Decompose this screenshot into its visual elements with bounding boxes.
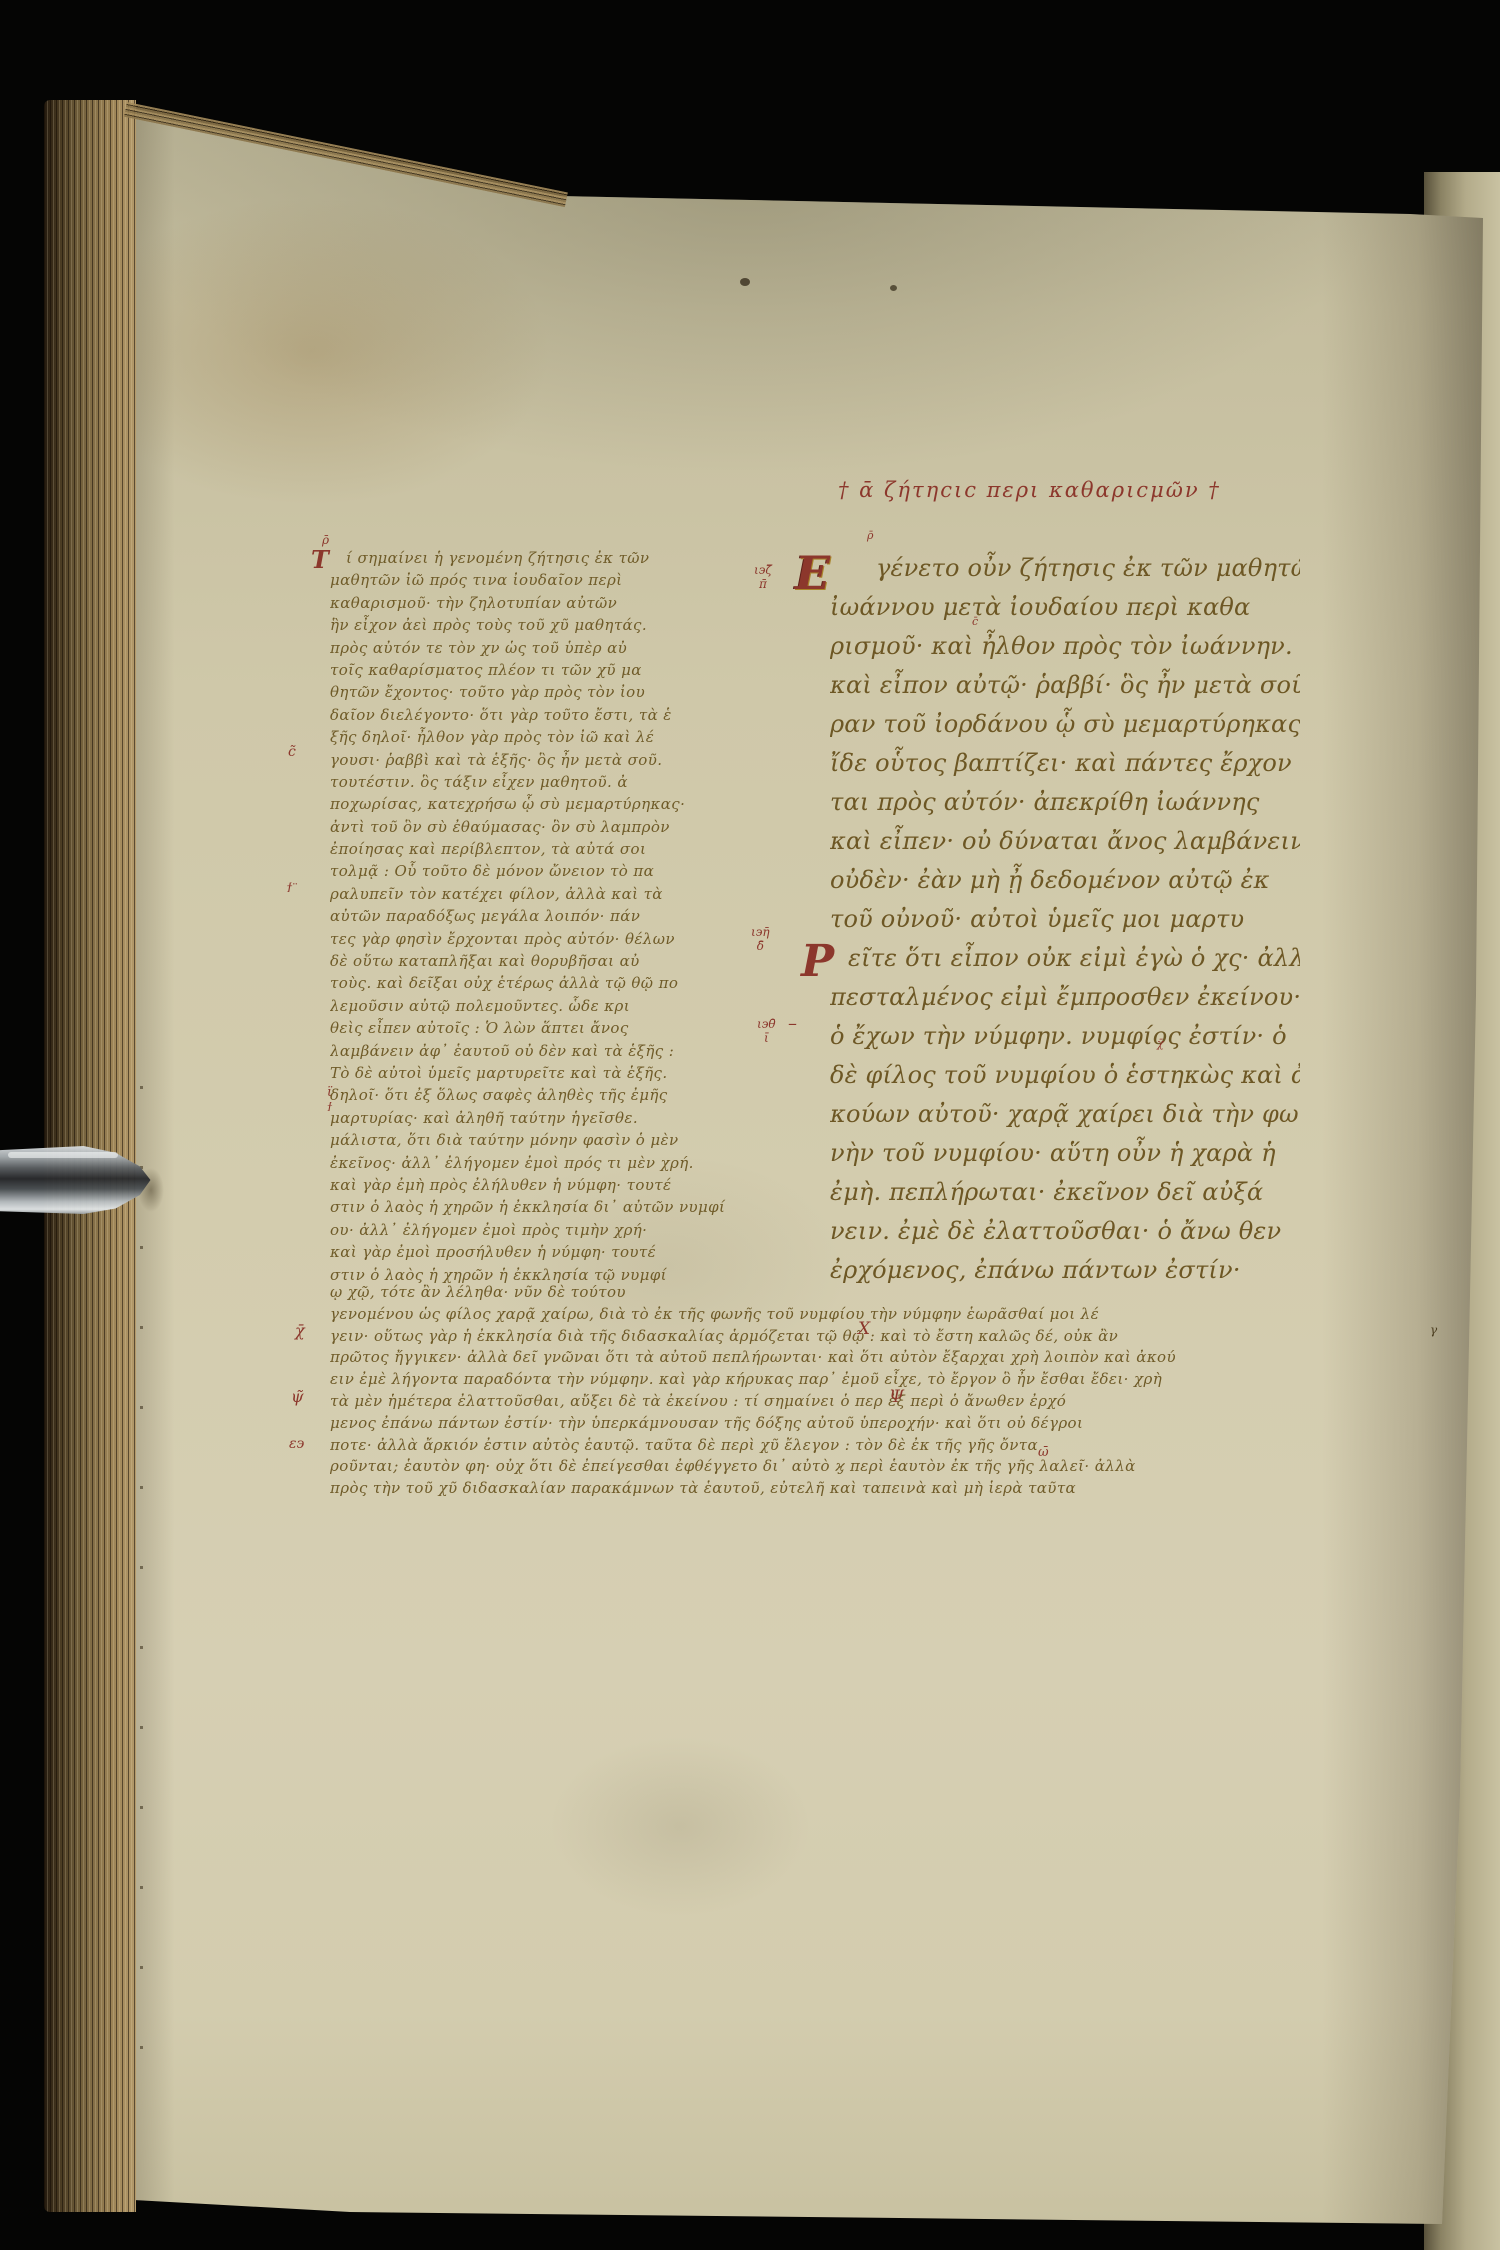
rubric-margin-mark: ϯ̈ [287, 880, 292, 896]
rubric-margin-mark: ι϶η̄ δ̄ [751, 926, 770, 954]
rubric-margin-mark: – [788, 1014, 797, 1035]
rubric-margin-mark: ε϶ [289, 1436, 304, 1452]
rubric-margin-mark: ρ̄ [867, 530, 873, 543]
rubric-margin-mark: ι϶ζ̄ π̄ [754, 564, 772, 592]
rubric-margin-mark: χ̄ [295, 1322, 305, 1340]
rubric-margin-mark: ϲ̄ [972, 616, 978, 629]
rubric-margin-mark: γ [1430, 1324, 1437, 1338]
rubric-margin-mark: ω̄ [1038, 1446, 1049, 1461]
rubric-margin-mark: ϊ ϯ [327, 1086, 332, 1116]
rubric-margin-mark: ρ̄ [322, 534, 329, 548]
rubric-margin-mark: ϲ̃ [288, 744, 296, 760]
rubric-margin-mark: ι϶θ̄ ῑ [757, 1018, 776, 1046]
rubric-marks-layer: ρ̄ϲ̃ϯ̈ϊ ϯχ̄ψ̃ε϶ι϶ζ̄ π̄ι϶η̄ δ̄ι϶θ̄ ῑ–ρ̄ϲ̄… [0, 0, 1500, 2250]
rubric-margin-mark: Ψ [889, 1388, 904, 1408]
studio-background: † ᾱ ζήτηϲιϲ περι καθαριϲμῶν † Τ Ε Ρ ί ση… [0, 0, 1500, 2250]
glass-highlight [8, 1152, 118, 1158]
rubric-margin-mark: χ̄ [1157, 1038, 1164, 1051]
rubric-margin-mark: ψ̃ [291, 1388, 304, 1406]
rubric-margin-mark: Χ [858, 1320, 870, 1340]
